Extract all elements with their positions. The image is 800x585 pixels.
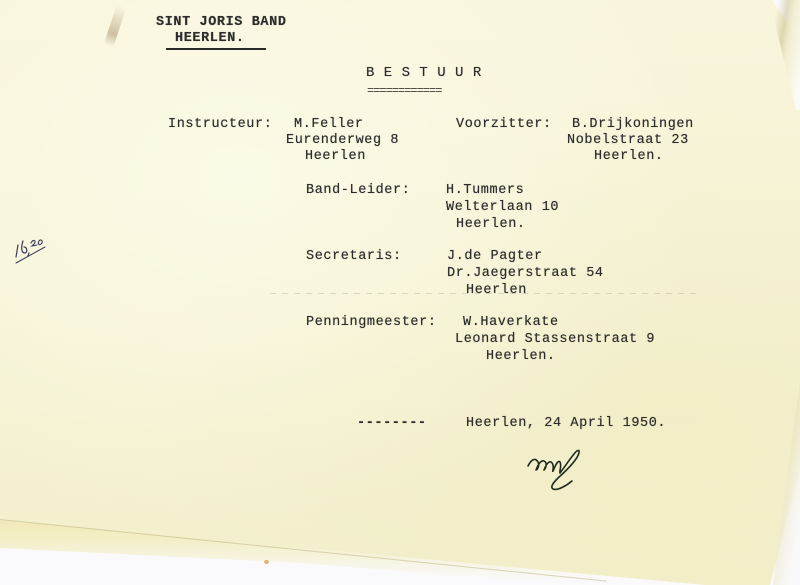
member-city-penningmeester: Heerlen.	[486, 349, 556, 365]
member-street-band-leider: Welterlaan 10	[446, 200, 559, 216]
place-and-date: Heerlen, 24 April 1950.	[466, 416, 666, 432]
role-label-instructeur: Instructeur:	[168, 117, 272, 133]
signature-icon	[522, 440, 592, 495]
role-label-voorzitter: Voorzitter:	[456, 117, 552, 133]
member-name-instructeur: M.Feller	[294, 117, 364, 133]
closing-dashes: --------	[357, 416, 427, 432]
role-label-band-leider: Band-Leider:	[306, 183, 410, 199]
member-city-instructeur: Heerlen	[305, 149, 366, 165]
member-city-secretaris: Heerlen	[466, 283, 527, 299]
member-street-instructeur: Eurenderweg 8	[286, 133, 399, 149]
organization-name: SINT JORIS BAND	[156, 15, 287, 31]
member-street-penningmeester: Leonard Stassenstraat 9	[455, 332, 655, 348]
letterhead-underline	[166, 48, 266, 50]
role-label-secretaris: Secretaris:	[306, 249, 402, 265]
organization-city: HEERLEN.	[175, 31, 245, 47]
member-city-voorzitter: Heerlen.	[594, 149, 664, 165]
member-name-voorzitter: B.Drijkoningen	[572, 117, 694, 133]
stain-dot	[264, 560, 269, 564]
scanned-document: SINT JORIS BAND HEERLEN. B E S T U U R =…	[0, 0, 800, 585]
member-name-band-leider: H.Tummers	[446, 183, 524, 199]
board-heading: B E S T U U R	[366, 65, 482, 81]
margin-note-icon	[12, 225, 57, 265]
member-name-penningmeester: W.Haverkate	[463, 315, 559, 331]
member-name-secretaris: J.de Pagter	[447, 249, 543, 265]
member-city-band-leider: Heerlen.	[456, 217, 526, 233]
member-street-secretaris: Dr.Jaegerstraat 54	[447, 266, 604, 282]
board-heading-underline: ============	[367, 87, 441, 95]
role-label-penningmeester: Penningmeester:	[306, 315, 437, 331]
member-street-voorzitter: Nobelstraat 23	[567, 133, 689, 149]
